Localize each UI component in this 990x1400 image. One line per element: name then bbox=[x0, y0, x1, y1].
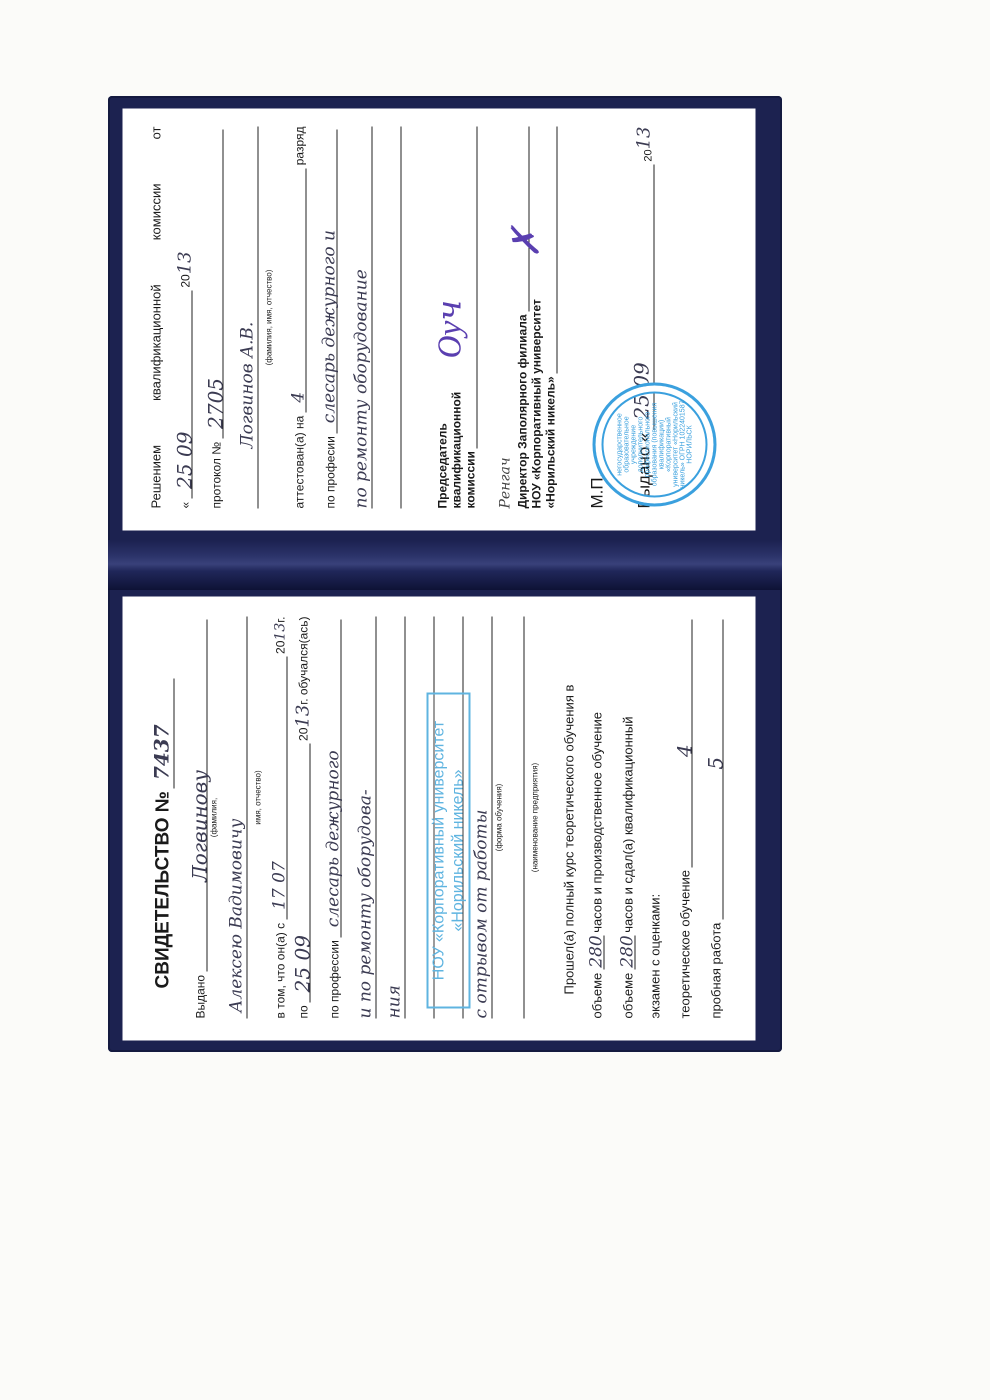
director-signature-note: Ренгач bbox=[497, 457, 513, 508]
to-date-row: по 25 09 20 13 г. обучался(ась) bbox=[291, 616, 310, 1018]
profession-line-1: слесарь дежурного и bbox=[322, 230, 336, 423]
certificate-page-main: СВИДЕТЕЛЬСТВО № 7437 Выдано Логвинову (ф… bbox=[122, 596, 755, 1040]
name-caption: имя, отчество) bbox=[253, 616, 262, 1018]
certified-grade: 4 bbox=[291, 391, 305, 402]
round-seal-stamp: негосударственное образовательное учрежд… bbox=[592, 382, 716, 506]
profession-line-2: и по ремонту оборудова- bbox=[355, 789, 375, 1018]
decision-heading: Решением квалификационной комиссии от bbox=[148, 126, 163, 508]
decision-date: 25 09 bbox=[177, 431, 191, 488]
profession-line-1: слесарь дежурного bbox=[326, 750, 340, 927]
theory-grade: 4 bbox=[677, 744, 691, 757]
to-year: 13 bbox=[296, 704, 310, 727]
issued-to-row: Выдано Логвинову bbox=[188, 616, 207, 1018]
recipient-surname: Логвинову bbox=[192, 770, 206, 882]
blank-line bbox=[378, 126, 401, 508]
profession-row: по профессии слесарь дежурного bbox=[322, 616, 341, 1018]
certified-row: аттестован(а) на 4 разряд bbox=[287, 126, 306, 508]
practice-hours: 280 bbox=[620, 935, 634, 967]
director-block: Ренгач Директор Заполярного филиала НОУ … bbox=[515, 126, 557, 508]
form-caption: (форма обучения) bbox=[494, 616, 503, 1018]
protocol-number: 2705 bbox=[208, 377, 222, 428]
decision-year: 13 bbox=[178, 251, 192, 274]
decision-date-row: « 25 09 20 13 bbox=[173, 126, 192, 508]
director-signature: ✗ bbox=[503, 226, 547, 258]
from-date-row: в том, что он(а) с 17 07 20 13 г. bbox=[268, 616, 287, 1018]
from-year: 13 bbox=[273, 622, 287, 640]
person-caption: (фамилия, имя, отчество) bbox=[264, 126, 273, 508]
certificate-spine bbox=[108, 540, 782, 590]
certificate-number: 7437 bbox=[149, 724, 173, 780]
protocol-row: протокол № 2705 bbox=[204, 126, 223, 508]
certificate-page-commission: Решением квалификационной комиссии от « … bbox=[122, 108, 755, 530]
chairman-block: Председатель квалификационной комиссии Ѹ… bbox=[435, 126, 495, 508]
recipient-name-line: Алексею Вадимовичу bbox=[224, 616, 247, 1018]
recipient-name: Алексею Вадимовичу bbox=[226, 818, 246, 1012]
course-block: Прошел(а) полный курс теоретического обу… bbox=[561, 616, 723, 1018]
person-name: Логвинов А.В. bbox=[237, 321, 257, 448]
form-of-study: с отрывом от работы bbox=[471, 809, 491, 1018]
to-date: 25 09 bbox=[295, 935, 309, 992]
person-name-line: Логвинов А.В. bbox=[235, 126, 258, 508]
from-date: 17 07 bbox=[272, 861, 286, 910]
issued-year: 13 bbox=[633, 126, 654, 149]
profession-line-3: ния bbox=[384, 985, 404, 1018]
practical-grade: 5 bbox=[708, 756, 722, 769]
theory-hours: 280 bbox=[589, 935, 603, 967]
profession-line-2: по ремонту оборудование bbox=[351, 269, 371, 508]
profession-line-2-rule: по ремонту оборудование bbox=[349, 126, 372, 508]
enterprise-caption: (наименование предприятия) bbox=[530, 616, 539, 1018]
certificate-title: СВИДЕТЕЛЬСТВО № 7437 bbox=[152, 616, 174, 988]
profession-row: по професии слесарь дежурного и bbox=[318, 126, 337, 508]
enterprise-stamp: НОУ «Корпоративный университет «Норильск… bbox=[426, 692, 470, 1008]
chairman-signature: Ѹч bbox=[429, 299, 469, 358]
